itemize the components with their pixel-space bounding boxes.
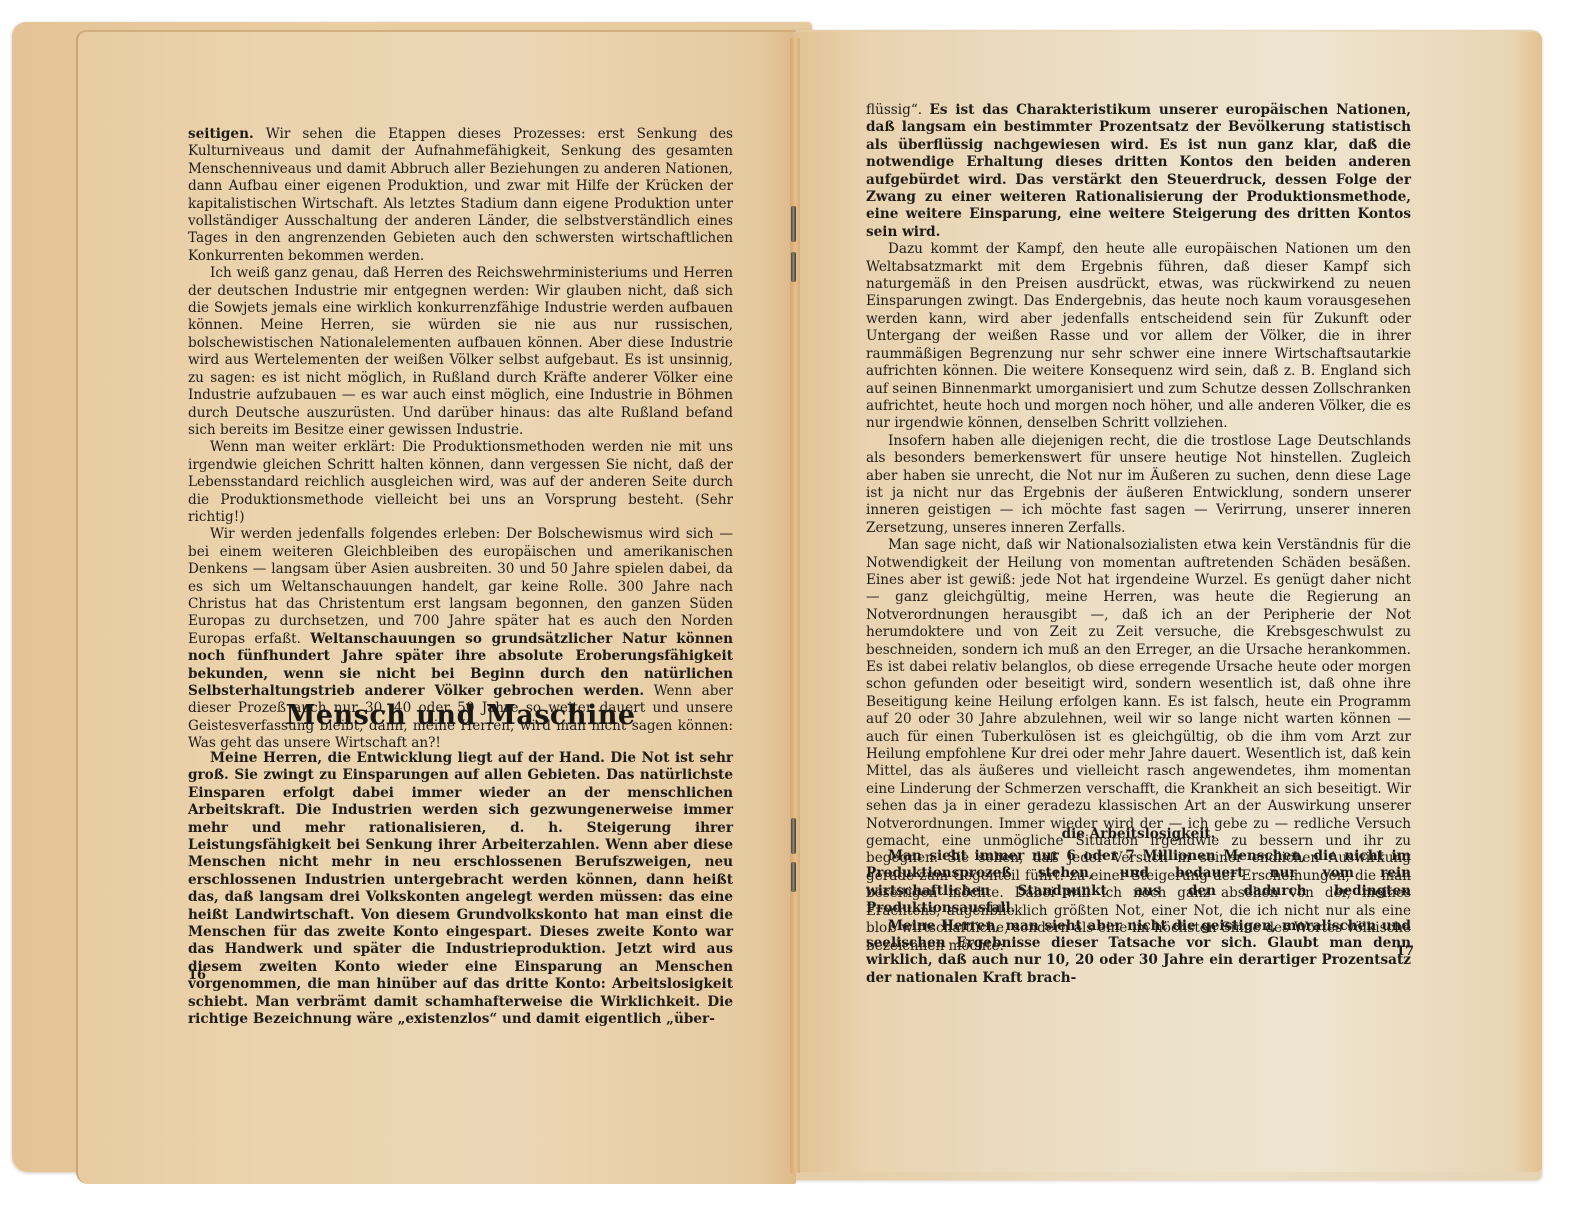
text-run: flüssig“. [866, 102, 930, 118]
left-page-body: seitigen. Wir sehen die Etappen dieses P… [188, 126, 733, 753]
staple-icon [791, 818, 796, 854]
text-run: Wenn man weiter erklärt: Die Produktions… [188, 439, 733, 525]
paragraph: Man sieht immer nur 6 oder 7 Millionen M… [866, 848, 1411, 918]
section-subheading: die Arbeitslosigkeit. [866, 826, 1411, 842]
staple-icon [791, 206, 796, 242]
chapter-title: Mensch und Maschine [188, 700, 733, 731]
text-run: Wir sehen die Etappen dieses Prozesses: … [188, 126, 733, 264]
paragraph: Ich weiß ganz genau, daß Herren des Reic… [188, 265, 733, 439]
open-booklet: seitigen. Wir sehen die Etappen dieses P… [0, 0, 1593, 1216]
paragraph: Insofern haben alle diejenigen recht, di… [866, 433, 1411, 537]
text-run: Ich weiß ganz genau, daß Herren des Reic… [188, 265, 733, 438]
paragraph: Dazu kommt der Kampf, den heute alle eur… [866, 241, 1411, 432]
text-run: Wir werden jedenfalls folgendes erleben:… [188, 526, 733, 646]
bold-run: seitigen. [188, 126, 254, 142]
right-page-body-after: Man sieht immer nur 6 oder 7 Millionen M… [866, 848, 1411, 987]
text-run: Dazu kommt der Kampf, den heute alle eur… [866, 241, 1411, 431]
staple-icon [791, 862, 796, 892]
paragraph: flüssig“. Es ist das Charakteristikum un… [866, 102, 1411, 241]
paragraph: seitigen. Wir sehen die Etappen dieses P… [188, 126, 733, 265]
paragraph: Meine Herren, man sieht aber nicht die g… [866, 918, 1411, 988]
page-number-left: 16 [188, 968, 206, 983]
staple-icon [791, 252, 796, 282]
chapter-body: Meine Herren, die Entwicklung liegt auf … [188, 750, 733, 1029]
paragraph: Meine Herren, die Entwicklung liegt auf … [188, 750, 733, 1029]
bold-run: Es ist das Charakteristikum unserer euro… [866, 102, 1411, 240]
page-number-right: 17 [1396, 944, 1414, 959]
paragraph: Wenn man weiter erklärt: Die Produktions… [188, 439, 733, 526]
text-run: Insofern haben alle diejenigen recht, di… [866, 433, 1411, 536]
